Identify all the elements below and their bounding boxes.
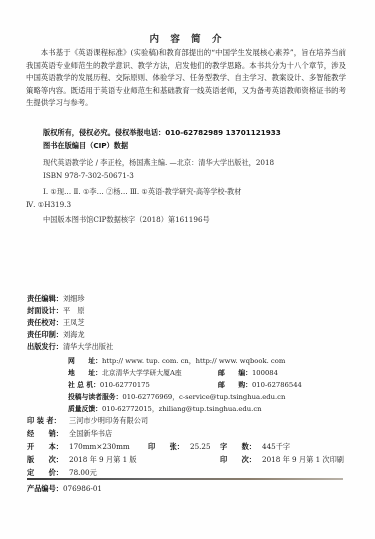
spec-value: 78.00元	[69, 468, 97, 477]
spec-price: 定 价：78.00元	[27, 468, 97, 478]
horizontal-divider	[27, 478, 343, 480]
publisher-mail-order: 邮 购：010-62786544	[218, 379, 302, 389]
info-value: 010-62772015，zhiliang@tup.tsinghua.edu.c…	[102, 405, 262, 413]
product-number: 产品编号：076986-01	[27, 484, 102, 494]
credit-label: 出版发行：	[27, 342, 63, 351]
cip-isbn: ISBN 978-7-302-50671-3	[43, 171, 134, 180]
publisher-website: 网 址：http:// www. tup. com. cn，http:// ww…	[68, 355, 285, 365]
spec-label: 印 张：	[148, 442, 190, 452]
summary-paragraph: 本书基于《英语课程标准》(实验稿)和教育部提出的“中国学生发展核心素养”，旨在培…	[26, 47, 346, 110]
credit-value: 王凤芝	[63, 318, 85, 327]
credit-proofreader: 责任校对：王凤芝	[27, 318, 85, 328]
credit-label: 责任印制：	[27, 330, 63, 339]
credit-value: 平 原	[63, 306, 85, 315]
spec-printer: 印 装 者：三河市少明印务有限公司	[27, 416, 148, 426]
credit-label: 责任编辑：	[27, 294, 63, 303]
cip-classification: Ⅰ. ①现… Ⅱ. ①李… ②杨… Ⅲ. ①英语-教学研究-高等学校-教材	[43, 187, 241, 197]
spec-format: 开 本：170mm×230mm	[27, 442, 130, 452]
info-label: 质量反馈：	[68, 403, 102, 413]
credit-editor: 责任编辑：刘细珍	[27, 294, 85, 304]
spec-value: 三河市少明印务有限公司	[69, 416, 148, 425]
credit-publisher: 出版发行：清华大学出版社	[27, 342, 113, 352]
info-value: 100084	[252, 369, 278, 377]
info-label: 投稿与读者服务：	[68, 391, 122, 401]
info-label: 邮 编：	[218, 367, 252, 377]
spec-label: 经 销：	[27, 429, 69, 439]
credit-value: 刘海龙	[63, 330, 85, 339]
spec-label: 印 装 者：	[27, 416, 69, 426]
credit-label: 封面设计：	[27, 306, 63, 315]
spec-value: 445千字	[262, 442, 290, 451]
spec-value: 2018 年 9 月第 1 版	[69, 455, 137, 464]
info-label: 邮 购：	[218, 379, 252, 389]
publisher-postcode: 邮 编：100084	[218, 367, 278, 377]
content-summary: 本书基于《英语课程标准》(实验稿)和教育部提出的“中国学生发展核心素养”，旨在培…	[26, 47, 346, 110]
publisher-address: 地 址：北京清华大学学研大厦A座	[68, 367, 182, 377]
spec-sheets: 印 张：25.25	[148, 442, 211, 452]
product-label: 产品编号：	[27, 484, 63, 493]
info-value: 北京清华大学学研大厦A座	[102, 369, 182, 377]
page-title: 内 容 简 介	[0, 31, 375, 45]
spec-label: 版 次：	[27, 455, 69, 465]
publisher-switchboard: 社 总 机：010-62770175	[68, 379, 150, 389]
spec-value: 2018 年 9 月第 1 次印刷	[262, 455, 344, 464]
spec-label: 定 价：	[27, 468, 69, 478]
website-links[interactable]: http:// www. tup. com. cn，http:// www. w…	[102, 357, 285, 365]
info-value: 010-62770175	[100, 381, 150, 389]
cip-record-number: 中国版本图书馆CIP数据核字（2018）第161196号	[43, 215, 210, 225]
info-label: 网 址：	[68, 355, 102, 365]
publisher-quality-feedback: 质量反馈：010-62772015，zhiliang@tup.tsinghua.…	[68, 403, 262, 413]
info-value: 010-62786544	[252, 381, 302, 389]
spec-edition: 版 次：2018 年 9 月第 1 版	[27, 455, 137, 465]
spec-distributor: 经 销：全国新华书店	[27, 429, 112, 439]
spec-value: 170mm×230mm	[69, 442, 130, 451]
product-value: 076986-01	[63, 484, 102, 493]
cip-classification-number: Ⅳ. ①H319.3	[26, 200, 71, 209]
spec-word-count: 字 数：445千字	[220, 442, 290, 452]
spec-label: 开 本：	[27, 442, 69, 452]
copyright-page: 内 容 简 介 本书基于《英语课程标准》(实验稿)和教育部提出的“中国学生发展核…	[0, 0, 375, 539]
copyright-notice: 版权所有，侵权必究。侵权举报电话：010-62782989 1370112193…	[43, 128, 281, 138]
publisher-reader-service: 投稿与读者服务：010-62776969，c-service@tup.tsing…	[68, 391, 285, 401]
credit-label: 责任校对：	[27, 318, 63, 327]
cip-heading: 图书在版编目（CIP）数据	[43, 141, 128, 151]
credit-value: 刘细珍	[63, 294, 85, 303]
credit-value: 清华大学出版社	[63, 342, 113, 351]
spec-value: 25.25	[190, 442, 211, 451]
credit-printing: 责任印制：刘海龙	[27, 330, 85, 340]
credit-cover-design: 封面设计：平 原	[27, 306, 85, 316]
info-label: 社 总 机：	[68, 379, 100, 389]
spec-label: 字 数：	[220, 442, 262, 452]
info-label: 地 址：	[68, 367, 102, 377]
cip-title-line: 现代英语教学论 / 李正栓，杨国燕主编. —北京：清华大学出版社，2018	[43, 158, 274, 168]
spec-printing: 印 次：2018 年 9 月第 1 次印刷	[220, 455, 344, 465]
info-value: 010-62776969，c-service@tup.tsinghua.edu.…	[122, 393, 285, 401]
spec-value: 全国新华书店	[69, 429, 112, 438]
spec-label: 印 次：	[220, 455, 262, 465]
